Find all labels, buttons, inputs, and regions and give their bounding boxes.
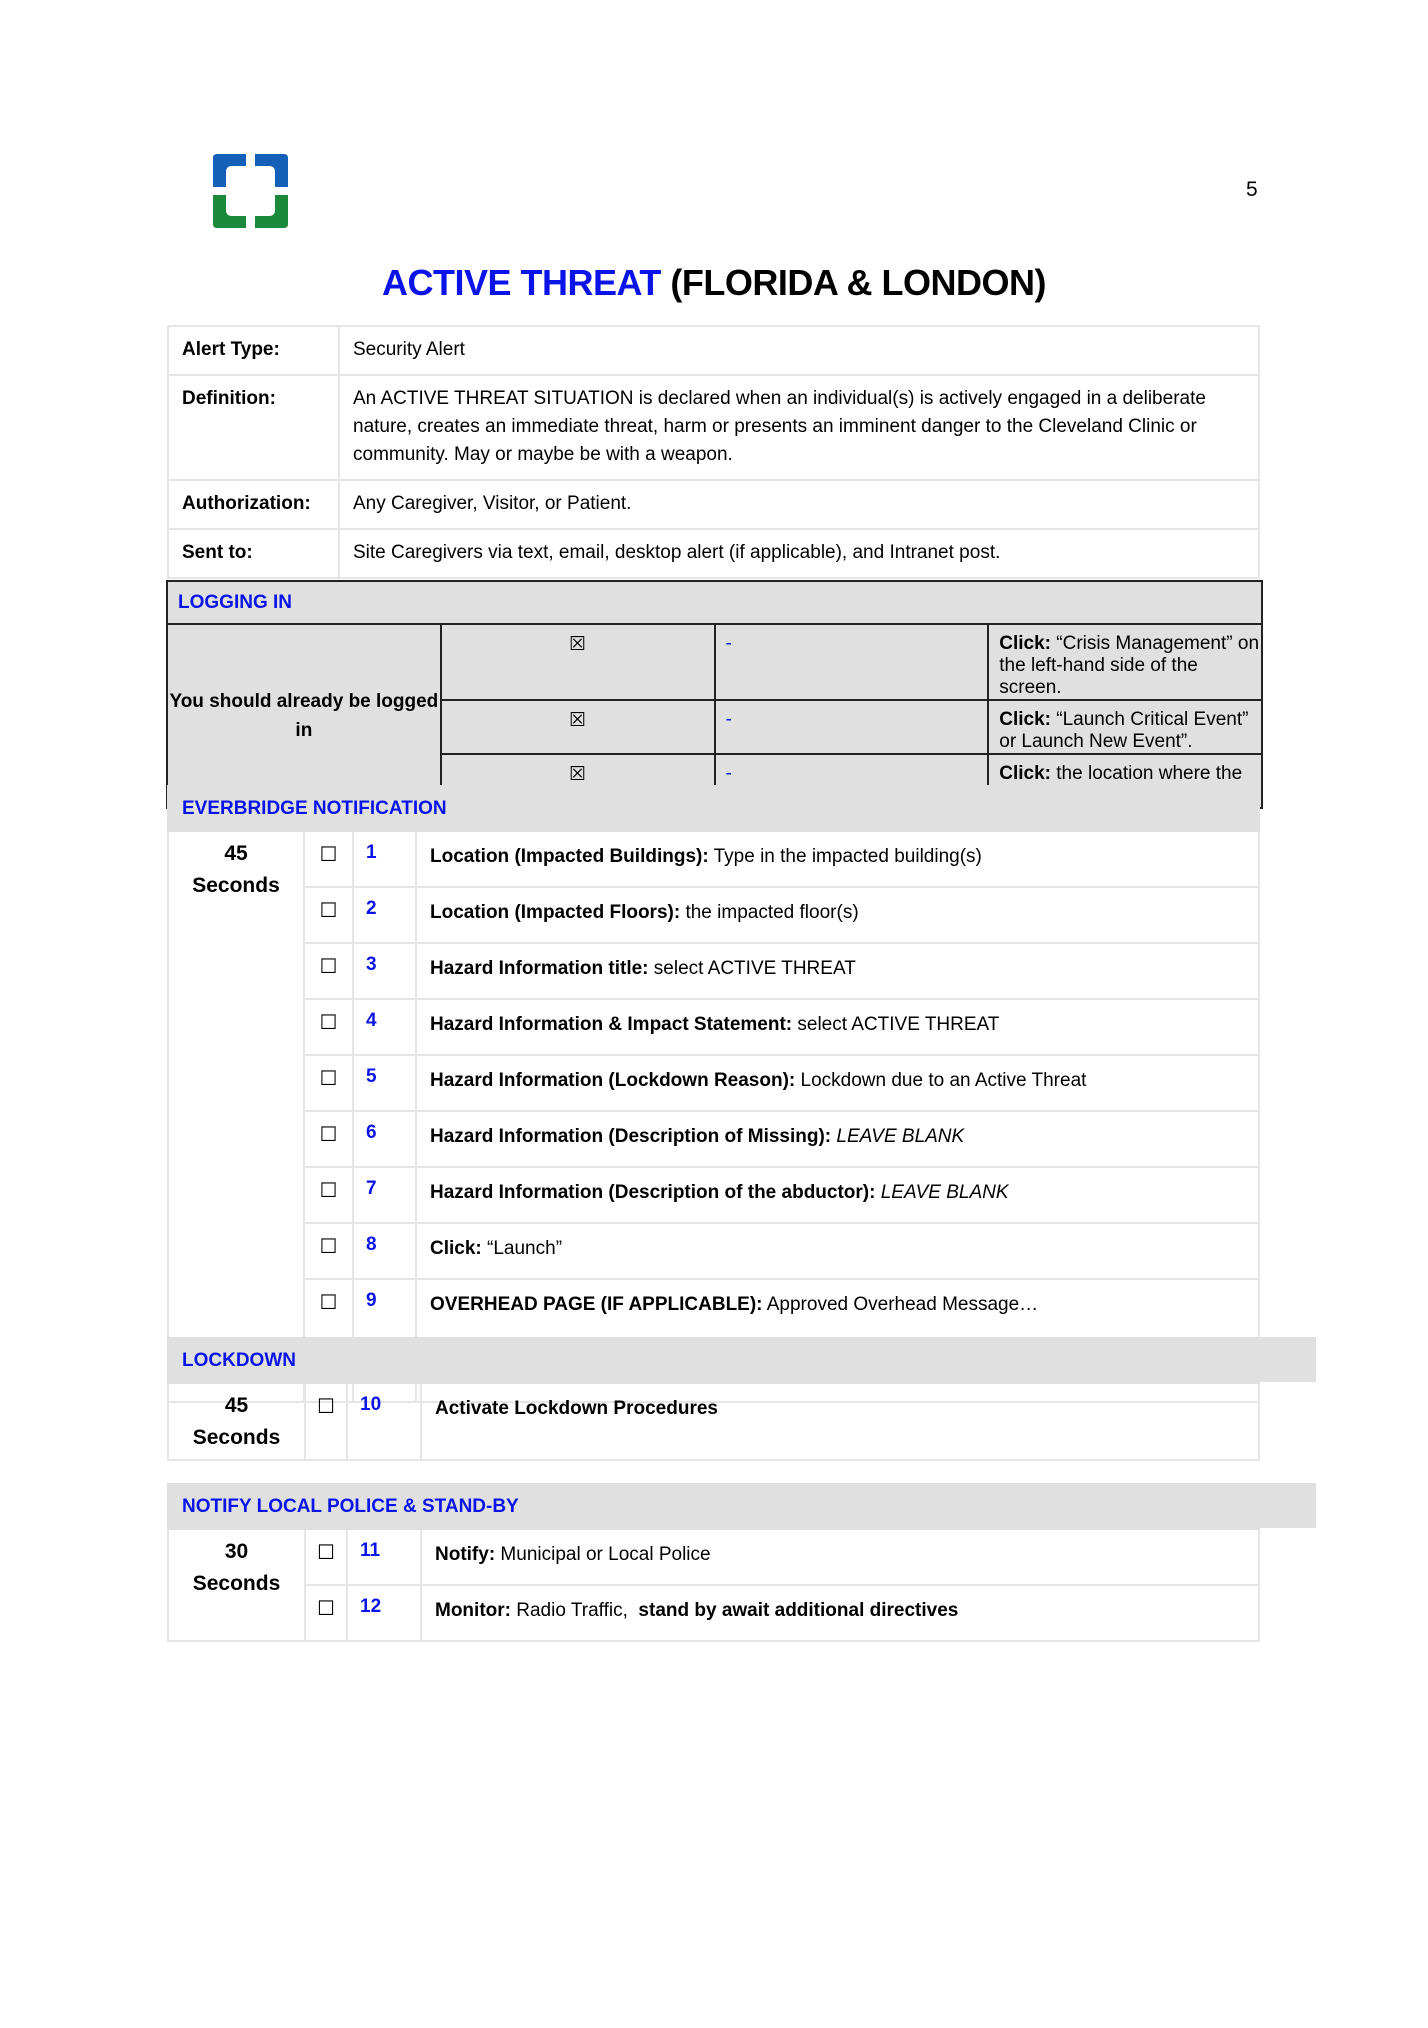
checkbox[interactable]: ☐ — [305, 1383, 347, 1460]
info-value: An ACTIVE THREAT SITUATION is declared w… — [339, 375, 1259, 480]
alert-info-table: Alert Type: Security Alert Definition: A… — [167, 325, 1260, 579]
step-text: Hazard Information (Description of Missi… — [416, 1111, 1259, 1167]
checkbox[interactable]: ☐ — [305, 1585, 347, 1641]
checkbox[interactable]: ☐ — [304, 943, 353, 999]
step-number: 3 — [353, 943, 416, 999]
info-row: Authorization: Any Caregiver, Visitor, o… — [168, 480, 1259, 529]
checklist-row: ☐ 5 Hazard Information (Lockdown Reason)… — [168, 1055, 1259, 1111]
step-number: 10 — [347, 1383, 421, 1460]
step-bold: Hazard Information (Description of the a… — [430, 1182, 875, 1203]
step-text: Click: “Launch Critical Event” or Launch… — [988, 700, 1262, 754]
checkbox[interactable]: ☐ — [304, 887, 353, 943]
step-number: 5 — [353, 1055, 416, 1111]
step-text: Location (Impacted Buildings): Type in t… — [416, 831, 1259, 887]
section-header: LOCKDOWN — [168, 1338, 1259, 1383]
time-value: 45 — [224, 842, 247, 865]
info-label: Authorization: — [168, 480, 339, 529]
checklist-row: ☐ 4 Hazard Information & Impact Statemen… — [168, 999, 1259, 1055]
info-label: Sent to: — [168, 529, 339, 578]
step-bold: Activate Lockdown Procedures — [435, 1398, 718, 1419]
step-text: Click: “Crisis Management” on the left-h… — [988, 624, 1262, 700]
step-bold-2: stand by await additional directives — [638, 1600, 958, 1621]
step-italic: LEAVE BLANK — [875, 1182, 1008, 1203]
time-value: 30 — [225, 1540, 248, 1563]
checkbox[interactable]: ☐ — [305, 1529, 347, 1585]
section-header: LOGGING IN — [167, 581, 1262, 624]
step-text: Activate Lockdown Procedures — [421, 1383, 1259, 1460]
checklist-row: ☐ 2 Location (Impacted Floors): the impa… — [168, 887, 1259, 943]
info-label: Alert Type: — [168, 326, 339, 375]
lockdown-table: LOCKDOWN 45Seconds ☐ 10 Activate Lockdow… — [167, 1337, 1260, 1461]
step-bold: Monitor: — [435, 1600, 511, 1621]
section-header: EVERBRIDGE NOTIFICATION — [168, 786, 1259, 831]
side-label: You should already be logged in — [167, 624, 441, 808]
step-bold: Click: — [999, 633, 1051, 654]
step-detail: Radio Traffic, — [511, 1600, 638, 1621]
checkbox[interactable]: ☐ — [304, 1167, 353, 1223]
info-row: Alert Type: Security Alert — [168, 326, 1259, 375]
step-detail: Approved Overhead Message… — [763, 1294, 1039, 1315]
step-bold: Click: — [430, 1238, 482, 1259]
step-bold: Click: — [999, 709, 1051, 730]
step-bold: Location (Impacted Buildings): — [430, 846, 709, 867]
checklist-row: 30Seconds ☐ 11 Notify: Municipal or Loca… — [168, 1529, 1259, 1585]
checkbox[interactable]: ☐ — [304, 1223, 353, 1279]
step-detail: Lockdown due to an Active Threat — [795, 1070, 1086, 1091]
step-detail: Municipal or Local Police — [495, 1544, 710, 1565]
step-bold: Hazard Information title: — [430, 958, 649, 979]
checklist-row: You should already be logged in ☒ - Clic… — [167, 624, 1262, 700]
checklist-row: ☐ 8 Click: “Launch” — [168, 1223, 1259, 1279]
checked-checkbox[interactable]: ☒ — [441, 700, 715, 754]
everbridge-notification-table: EVERBRIDGE NOTIFICATION 45Seconds ☐ 1 Lo… — [167, 785, 1260, 1403]
checklist-row: 45Seconds ☐ 1 Location (Impacted Buildin… — [168, 831, 1259, 887]
title-rest: (FLORIDA & LONDON) — [661, 262, 1046, 303]
time-unit: Seconds — [193, 1426, 281, 1449]
info-label: Definition: — [168, 375, 339, 480]
step-detail: select ACTIVE THREAT — [792, 1014, 999, 1035]
checkbox[interactable]: ☐ — [304, 1055, 353, 1111]
step-text: Click: “Launch” — [416, 1223, 1259, 1279]
step-text: Monitor: Radio Traffic, stand by await a… — [421, 1585, 1259, 1641]
time-unit: Seconds — [193, 1572, 281, 1595]
step-detail: select ACTIVE THREAT — [649, 958, 856, 979]
step-text: Hazard Information & Impact Statement: s… — [416, 999, 1259, 1055]
checklist-row: ☐ 6 Hazard Information (Description of M… — [168, 1111, 1259, 1167]
step-detail: Type in the impacted building(s) — [709, 846, 982, 867]
page-number: 5 — [1246, 178, 1258, 202]
time-label: 30Seconds — [168, 1529, 305, 1641]
step-bold: Hazard Information (Description of Missi… — [430, 1126, 831, 1147]
step-text: Hazard Information (Description of the a… — [416, 1167, 1259, 1223]
step-bold: OVERHEAD PAGE (IF APPLICABLE): — [430, 1294, 763, 1315]
step-number: 2 — [353, 887, 416, 943]
cleveland-clinic-logo-icon — [213, 154, 288, 228]
notify-police-table: NOTIFY LOCAL POLICE & STAND-BY 30Seconds… — [167, 1483, 1260, 1642]
step-number: 7 — [353, 1167, 416, 1223]
step-text: Location (Impacted Floors): the impacted… — [416, 887, 1259, 943]
step-number: 1 — [353, 831, 416, 887]
step-italic: LEAVE BLANK — [831, 1126, 964, 1147]
step-number: 8 — [353, 1223, 416, 1279]
info-row: Definition: An ACTIVE THREAT SITUATION i… — [168, 375, 1259, 480]
step-detail: the impacted floor(s) — [680, 902, 858, 923]
step-marker: - — [715, 624, 989, 700]
step-bold: Click: — [999, 763, 1051, 784]
info-value: Security Alert — [339, 326, 1259, 375]
checklist-row: 45Seconds ☐ 10 Activate Lockdown Procedu… — [168, 1383, 1259, 1460]
section-header: NOTIFY LOCAL POLICE & STAND-BY — [168, 1484, 1259, 1529]
checkbox[interactable]: ☐ — [304, 1111, 353, 1167]
checkbox[interactable]: ☐ — [304, 999, 353, 1055]
checked-checkbox[interactable]: ☒ — [441, 624, 715, 700]
logging-in-table: LOGGING IN You should already be logged … — [166, 580, 1263, 809]
info-row: Sent to: Site Caregivers via text, email… — [168, 529, 1259, 578]
time-label: 45Seconds — [168, 1383, 305, 1460]
time-value: 45 — [225, 1394, 248, 1417]
step-number: 6 — [353, 1111, 416, 1167]
step-number: 4 — [353, 999, 416, 1055]
checkbox[interactable]: ☐ — [304, 831, 353, 887]
step-bold: Hazard Information & Impact Statement: — [430, 1014, 792, 1035]
page-title: ACTIVE THREAT (FLORIDA & LONDON) — [0, 262, 1428, 304]
checklist-row: ☐ 3 Hazard Information title: select ACT… — [168, 943, 1259, 999]
step-text: Hazard Information title: select ACTIVE … — [416, 943, 1259, 999]
checklist-row: ☐ 12 Monitor: Radio Traffic, stand by aw… — [168, 1585, 1259, 1641]
time-label: 45Seconds — [168, 831, 304, 1402]
step-detail: “Launch” — [482, 1238, 562, 1259]
step-bold: Hazard Information (Lockdown Reason): — [430, 1070, 795, 1091]
step-text: Hazard Information (Lockdown Reason): Lo… — [416, 1055, 1259, 1111]
step-bold: Location (Impacted Floors): — [430, 902, 680, 923]
info-value: Site Caregivers via text, email, desktop… — [339, 529, 1259, 578]
step-text: Notify: Municipal or Local Police — [421, 1529, 1259, 1585]
step-number: 12 — [347, 1585, 421, 1641]
time-unit: Seconds — [192, 874, 280, 897]
title-accent: ACTIVE THREAT — [382, 262, 661, 303]
step-number: 11 — [347, 1529, 421, 1585]
step-bold: Notify: — [435, 1544, 495, 1565]
info-value: Any Caregiver, Visitor, or Patient. — [339, 480, 1259, 529]
checklist-row: ☐ 7 Hazard Information (Description of t… — [168, 1167, 1259, 1223]
step-marker: - — [715, 700, 989, 754]
